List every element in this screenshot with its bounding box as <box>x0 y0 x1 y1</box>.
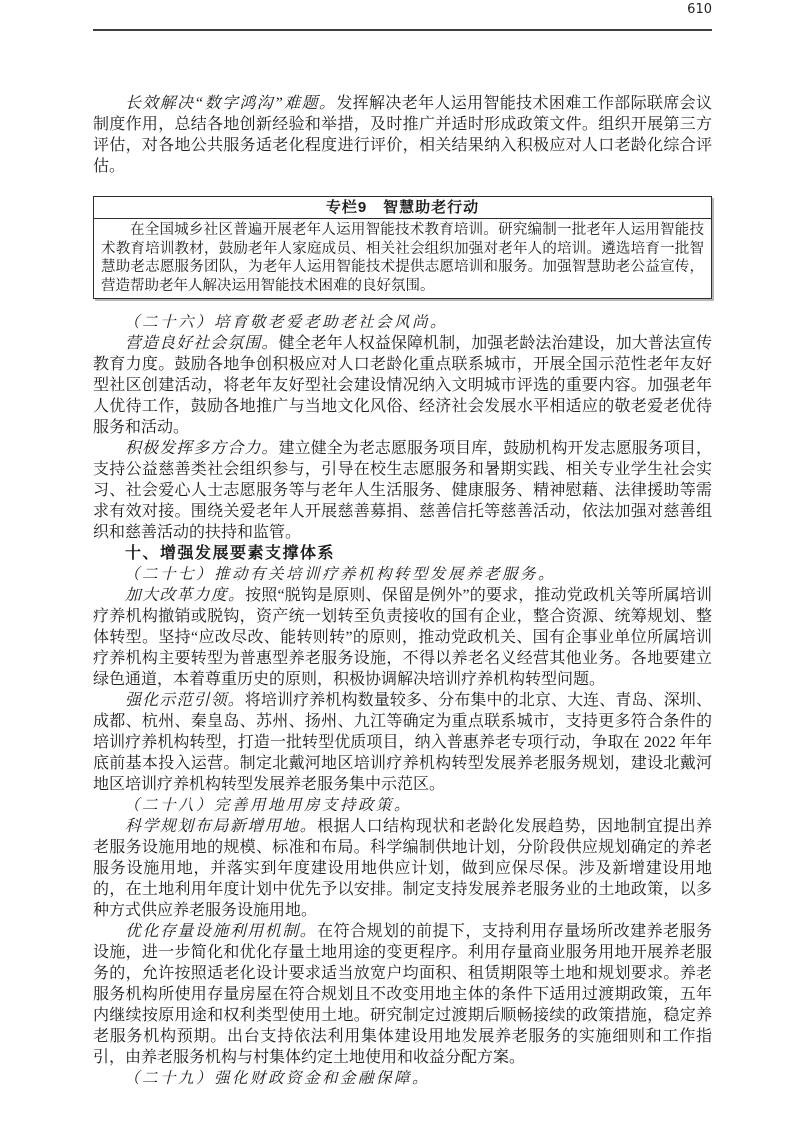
page-number: 610 <box>93 2 712 17</box>
paragraph-digital-divide: 长效解决“数字鸿沟”难题。发挥解决老年人运用智能技术困难工作部际联席会议制度作用… <box>93 93 712 177</box>
section-heading-27: （二十七）推动有关培训疗养机构转型发展养老服务。 <box>93 564 712 585</box>
paragraph-lead: 优化存量设施利用机制。 <box>125 923 317 940</box>
paragraph-reform-efforts: 加大改革力度。按照“脱钩是原则、保留是例外”的要求，推动党政机关等所属培训疗养机… <box>93 585 712 690</box>
paragraph-social-atmosphere: 营造良好社会氛围。健全老年人权益保障机制，加强老龄法治建设，加大普法宣传教育力度… <box>93 333 712 438</box>
paragraph-existing-facilities: 优化存量设施利用机制。在符合规划的前提下，支持利用存量场所改建养老服务设施，进一… <box>93 921 712 1068</box>
column9-paragraph: 在全国城乡社区普遍开展老年人运用智能技术教育培训。研究编制一批老年人运用智能技术… <box>101 221 704 295</box>
paragraph-lead: 强化示范引领。 <box>125 692 245 709</box>
section-heading-26: （二十六）培育敬老爱老助老社会风尚。 <box>93 312 712 333</box>
page-content: 长效解决“数字鸿沟”难题。发挥解决老年人运用智能技术困难工作部际联席会议制度作用… <box>93 93 712 1089</box>
column9-body: 在全国城乡社区普遍开展老年人运用智能技术教育培训。研究编制一批老年人运用智能技术… <box>94 219 711 298</box>
section-heading-28: （二十八）完善用地用房支持政策。 <box>93 795 712 816</box>
header-rule <box>93 29 712 31</box>
paragraph-new-land-planning: 科学规划布局新增用地。根据人口结构现状和老龄化发展趋势，因地制宜提出养老服务设施… <box>93 816 712 921</box>
document-page: 610 长效解决“数字鸿沟”难题。发挥解决老年人运用智能技术困难工作部际联席会议… <box>0 0 793 1122</box>
paragraph-lead: 营造良好社会氛围。 <box>125 335 279 352</box>
column9-title: 专栏9 智慧助老行动 <box>94 197 711 219</box>
paragraph-demonstration-cities: 强化示范引领。将培训疗养机构数量较多、分布集中的北京、大连、青岛、深圳、成都、杭… <box>93 690 712 795</box>
paragraph-lead: 加大改革力度。 <box>125 587 245 604</box>
section-heading-29: （二十九）强化财政资金和金融保障。 <box>93 1068 712 1089</box>
chapter-heading-10: 十、增强发展要素支撑体系 <box>93 543 712 564</box>
paragraph-lead: 长效解决“数字鸿沟”难题。 <box>125 95 336 112</box>
column9-box: 专栏9 智慧助老行动 在全国城乡社区普遍开展老年人运用智能技术教育培训。研究编制… <box>93 196 712 299</box>
paragraph-joint-efforts: 积极发挥多方合力。建立健全为老志愿服务项目库，鼓励机构开发志愿服务项目，支持公益… <box>93 438 712 543</box>
paragraph-lead: 积极发挥多方合力。 <box>125 440 279 457</box>
paragraph-text: 在符合规划的前提下，支持利用存量场所改建养老服务设施，进一步简化和优化存量土地用… <box>93 923 712 1066</box>
paragraph-lead: 科学规划布局新增用地。 <box>125 818 317 835</box>
